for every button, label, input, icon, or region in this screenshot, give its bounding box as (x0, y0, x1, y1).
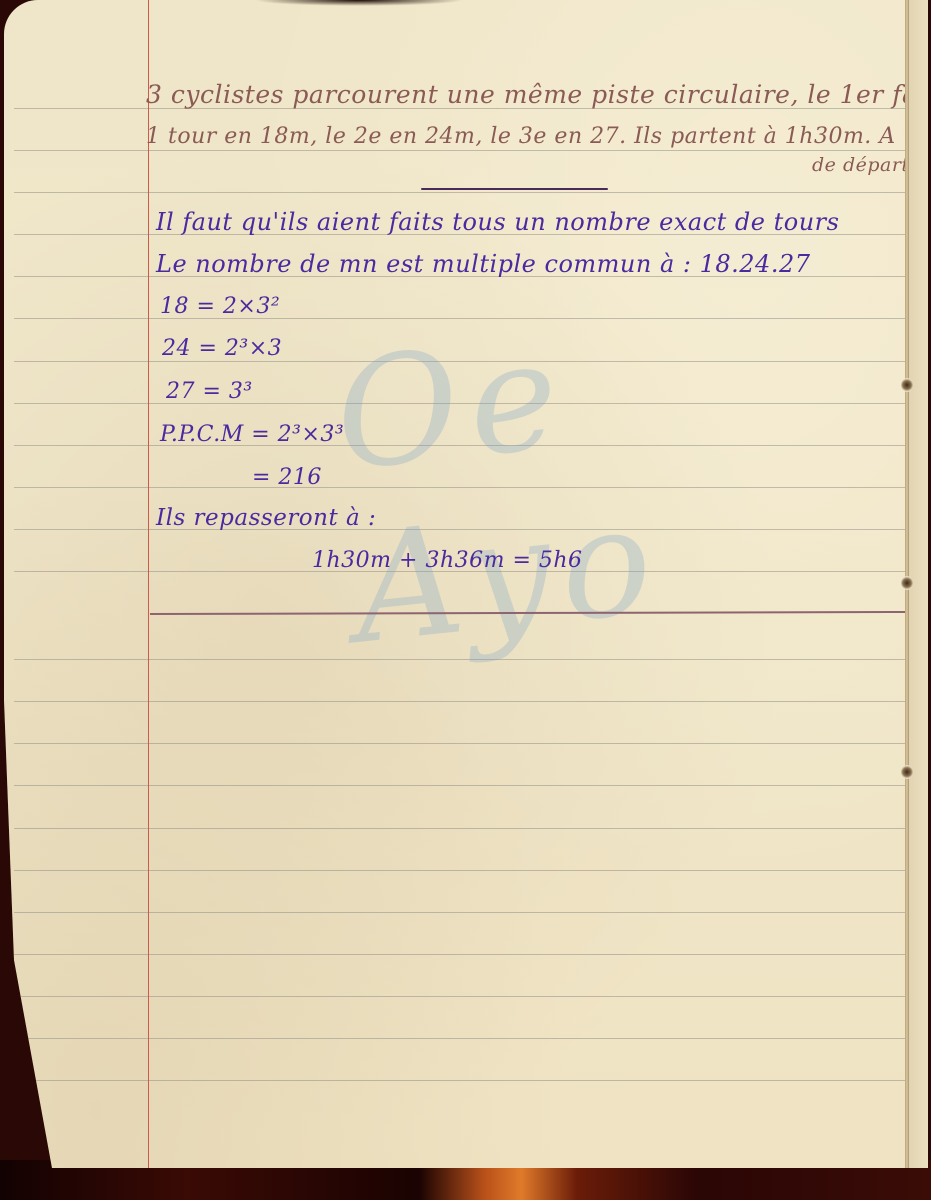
solution-line-1: Il faut qu'ils aient faits tous un nombr… (156, 208, 839, 236)
conclusion-calculation: 1h30m + 3h36m = 5h6 (312, 548, 583, 573)
binding-shadow (254, 0, 464, 6)
conclusion-label: Ils repasseront à : (156, 505, 376, 531)
problem-line-1: 3 cyclistes parcourent une même piste ci… (146, 80, 928, 109)
staple-hole (901, 576, 913, 590)
solution-line-2: Le nombre de mn est multiple commun à : … (156, 250, 811, 278)
factorization-27: 27 = 3³ (166, 379, 253, 404)
factorization-24: 24 = 2³×3 (162, 336, 282, 361)
ppcm-formula: P.P.C.M = 2³×3³ (160, 422, 344, 447)
problem-line-2: 1 tour en 18m, le 2e en 24m, le 3e en 27… (146, 124, 928, 149)
factorization-18: 18 = 2×3² (160, 294, 280, 319)
section-divider (421, 188, 608, 190)
notebook-page: Oe Ayo 3 cyclistes parcourent une même p… (4, 0, 928, 1168)
problem-line-3: de départ? (812, 154, 920, 176)
end-of-exercise-line (150, 611, 906, 615)
margin-line (148, 0, 149, 1168)
staple-hole (901, 378, 913, 392)
staple-hole (901, 765, 913, 779)
faded-pencil-scribble: Oe Ayo (327, 270, 928, 677)
ppcm-value: = 216 (252, 465, 322, 490)
